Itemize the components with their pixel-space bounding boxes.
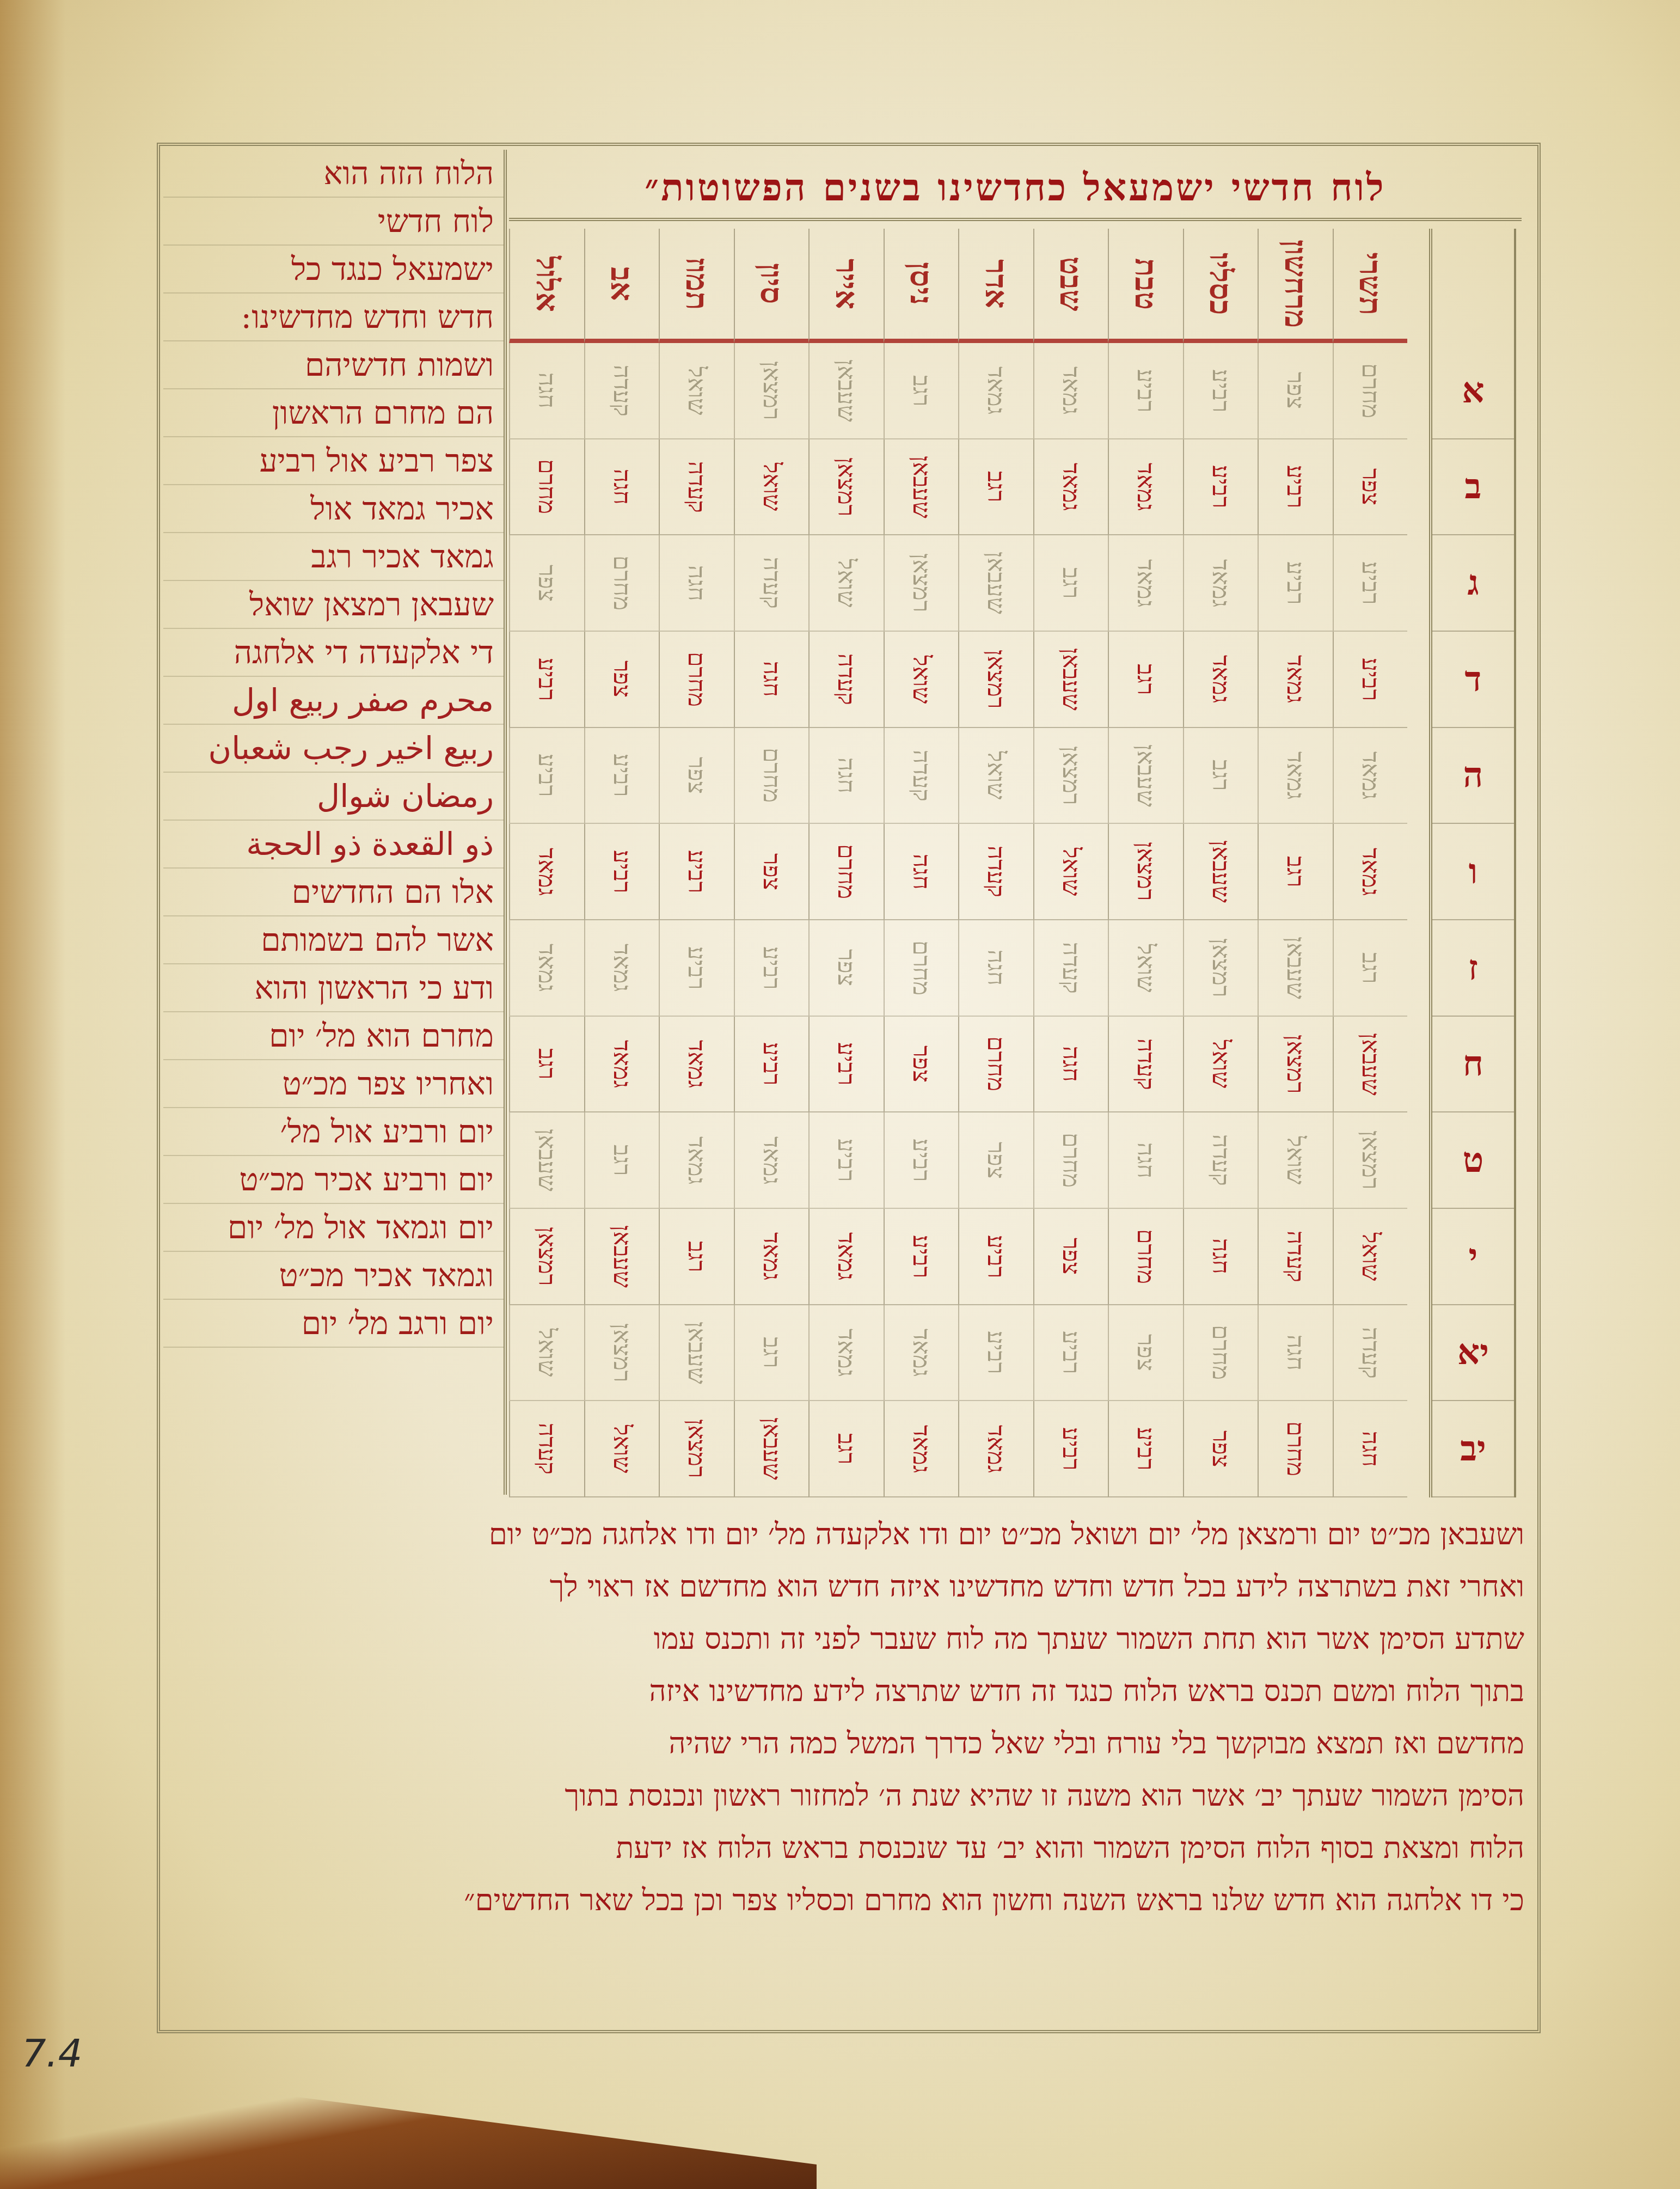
paragraph-line: שתדע הסימן אשר הוא תחת השמור שעתך מה לוח… <box>163 1613 1524 1665</box>
table-cell: גמאד <box>808 1305 884 1402</box>
table-cell: רביע <box>884 1112 959 1209</box>
table-cell: גמאד <box>1033 343 1108 439</box>
left-column-line: ذو القعدة ذو الحجة <box>163 821 504 869</box>
table-cell: קעדה <box>884 728 959 824</box>
table-cell: רביע <box>1258 535 1333 632</box>
table-cell: צפר <box>734 824 809 920</box>
row-number: א <box>1432 343 1514 439</box>
left-column-line: ישמעאל כנגד כל <box>163 246 504 294</box>
parchment-stain-left <box>0 0 65 2189</box>
table-cell: מחרם <box>1183 1305 1258 1402</box>
left-column-line: שעבאן רמצאן שואל <box>163 581 504 629</box>
table-cell: רגב <box>958 439 1033 536</box>
table-cell: קעדה <box>1033 920 1108 1017</box>
left-column-line: לוח חדשי <box>163 198 504 246</box>
left-column-line: יום ורגב מל׳ יום <box>163 1300 504 1348</box>
table-cell: גמאד <box>509 824 584 920</box>
table-cell: רביע <box>509 632 584 728</box>
table-cell: רמצאן <box>584 1305 659 1402</box>
table-cell: רביע <box>584 728 659 824</box>
column-header-month: טבת <box>1108 229 1183 343</box>
table-cell: קעדה <box>659 439 734 536</box>
table-cell: רביע <box>584 824 659 920</box>
table-cell: רביע <box>734 1017 809 1113</box>
left-column-line: ربيع اخير رجب شعبان <box>163 725 504 773</box>
table-cell: שואל <box>808 535 884 632</box>
table-cell: חגה <box>808 728 884 824</box>
table-cell: צפר <box>659 728 734 824</box>
column-header-month: אלול <box>509 229 584 343</box>
row-number-column: אבגדהוזחטייאיב <box>1429 229 1516 1497</box>
table-cell: קעדה <box>734 535 809 632</box>
left-column-line: ושמות חדשיהם <box>163 341 504 389</box>
left-column-line: מחרם הוא מל׳ יום <box>163 1012 504 1060</box>
table-cell: רמצאן <box>1183 920 1258 1017</box>
column-header-month: אדר <box>958 229 1033 343</box>
row-number: יב <box>1432 1401 1514 1497</box>
table-cell: חגה <box>1258 1305 1333 1402</box>
table-cell: שואל <box>958 728 1033 824</box>
table-cell: גמאד <box>808 1209 884 1305</box>
paragraph-line: כי דו אלחגה הוא חדש שלנו בראש השנה וחשון… <box>163 1874 1524 1927</box>
table-cell: שואל <box>1258 1112 1333 1209</box>
table-cell: רמצאן <box>958 632 1033 728</box>
row-number: ח <box>1432 1017 1514 1113</box>
table-cell: חגה <box>734 632 809 728</box>
explanatory-paragraph: ושעבאן מכ״ט יום ורמצאן מל׳ יום ושואל מכ״… <box>163 1508 1524 1927</box>
table-cell: רגב <box>584 1112 659 1209</box>
table-cell: גמאד <box>1258 632 1333 728</box>
table-cell: חגה <box>1333 1401 1408 1497</box>
table-cell: רביע <box>1183 343 1258 439</box>
table-cell: גמאד <box>1033 439 1108 536</box>
binding-edge <box>0 2026 817 2189</box>
table-cell: שואל <box>884 632 959 728</box>
left-column-line: יום וגמאד אול מל׳ יום <box>163 1204 504 1252</box>
table-cell: חגה <box>1033 1017 1108 1113</box>
table-cell: שואל <box>734 439 809 536</box>
table-cell: רגב <box>509 1017 584 1113</box>
row-number: ג <box>1432 535 1514 632</box>
table-cell: צפר <box>958 1112 1033 1209</box>
table-cell: קעדה <box>958 824 1033 920</box>
table-cell: קעדה <box>509 1401 584 1497</box>
table-cell: שואל <box>1183 1017 1258 1113</box>
left-column-line: محرم صفر ربيع اول <box>163 677 504 725</box>
row-number: י <box>1432 1209 1514 1305</box>
row-number: ט <box>1432 1112 1514 1209</box>
column-header-month: תשרי <box>1333 229 1408 343</box>
table-cell: חגה <box>584 439 659 536</box>
paragraph-line: בתוך הלוח ומשם תכנס בראש הלוח כנגד זה חד… <box>163 1665 1524 1717</box>
table-cell: גמאד <box>509 920 584 1017</box>
left-column-line: הלוח הזה הוא <box>163 150 504 198</box>
table-cell: שואל <box>1333 1209 1408 1305</box>
table-cell: רגב <box>659 1209 734 1305</box>
row-number-header-spacer <box>1432 229 1514 343</box>
table-cell: רביע <box>1183 439 1258 536</box>
table-cell: רמצאן <box>808 439 884 536</box>
left-column-line: חדש וחדש מחדשינו: <box>163 294 504 341</box>
table-cell: צפר <box>1033 1209 1108 1305</box>
table-cell: שעבאן <box>509 1112 584 1209</box>
table-cell: רמצאן <box>884 535 959 632</box>
table-cell: גמאד <box>1183 535 1258 632</box>
column-header-month: שבט <box>1033 229 1108 343</box>
table-cell: חגה <box>509 343 584 439</box>
table-cell: קעדה <box>1333 1305 1408 1402</box>
column-header-month: אייר <box>808 229 884 343</box>
table-cell: רגב <box>1108 632 1183 728</box>
left-text-column: הלוח הזה הואלוח חדשיישמעאל כנגד כלחדש וח… <box>163 150 507 1495</box>
column-header-month: אב <box>584 229 659 343</box>
table-cell: רגב <box>1258 824 1333 920</box>
table-cell: שעבאן <box>808 343 884 439</box>
table-cell: צפר <box>1258 343 1333 439</box>
paragraph-line: הלוח ומצאת בסוף הלוח הסימן השמור והוא יב… <box>163 1822 1524 1874</box>
table-cell: רביע <box>509 728 584 824</box>
table-cell: רביע <box>958 1305 1033 1402</box>
table-cell: צפר <box>1183 1401 1258 1497</box>
table-cell: קעדה <box>1183 1112 1258 1209</box>
table-cell: מחרם <box>1108 1209 1183 1305</box>
table-cell: גמאד <box>1183 632 1258 728</box>
column-header-month: תמוז <box>659 229 734 343</box>
table-cell: רביע <box>1033 1401 1108 1497</box>
table-cell: צפר <box>509 535 584 632</box>
table-cell: גמאד <box>1108 535 1183 632</box>
table-cell: רביע <box>884 1209 959 1305</box>
folio-number: 7.4 <box>22 2031 82 2076</box>
table-cell: רגב <box>808 1401 884 1497</box>
table-cell: צפר <box>808 920 884 1017</box>
table-cell: רמצאן <box>1033 728 1108 824</box>
table-cell: רמצאן <box>1108 824 1183 920</box>
table-cell: רביע <box>1108 343 1183 439</box>
table-cell: קעדה <box>584 343 659 439</box>
table-cell: רגב <box>1183 728 1258 824</box>
table-cell: חגה <box>659 535 734 632</box>
left-column-line: ודע כי הראשון והוא <box>163 964 504 1012</box>
paragraph-line: ואחרי זאת בשתרצה לידע בכל חדש וחדש מחדשי… <box>163 1561 1524 1613</box>
table-cell: גמאד <box>734 1112 809 1209</box>
table-cell: רביע <box>808 1017 884 1113</box>
table-cell: חגה <box>1108 1112 1183 1209</box>
table-cell: רביע <box>958 1209 1033 1305</box>
table-cell: צפר <box>1108 1305 1183 1402</box>
table-cell: שעבאן <box>958 535 1033 632</box>
table-cell: רביע <box>659 920 734 1017</box>
table-cell: גמאד <box>1258 728 1333 824</box>
paragraph-line: ושעבאן מכ״ט יום ורמצאן מל׳ יום ושואל מכ״… <box>163 1508 1524 1561</box>
row-number: ה <box>1432 728 1514 824</box>
left-column-line: וגמאד אכיר מכ״ט <box>163 1252 504 1300</box>
table-cell: שעבאן <box>1333 1017 1408 1113</box>
left-column-line: די אלקעדה די אלחגה <box>163 629 504 677</box>
table-cell: רביע <box>808 1112 884 1209</box>
table-cell: גמאד <box>1333 824 1408 920</box>
table-cell: גמאד <box>659 1112 734 1209</box>
table-cell: מחרם <box>808 824 884 920</box>
table-cell: רביע <box>734 920 809 1017</box>
month-correspondence-table: תשרימרחשוןכסליוטבתשבטאדרניסןאיירסיוןתמוז… <box>509 229 1407 1497</box>
table-cell: מחרם <box>509 439 584 536</box>
table-cell: רביע <box>1333 632 1408 728</box>
table-cell: שואל <box>1108 920 1183 1017</box>
table-cell: שעבאן <box>584 1209 659 1305</box>
table-cell: מחרם <box>1033 1112 1108 1209</box>
table-cell: מחרם <box>958 1017 1033 1113</box>
table-cell: גמאד <box>884 1401 959 1497</box>
table-cell: מחרם <box>1333 343 1408 439</box>
table-cell: רמצאן <box>1333 1112 1408 1209</box>
table-cell: רגב <box>734 1305 809 1402</box>
left-column-line: ואחריו צפר מכ״ט <box>163 1060 504 1108</box>
row-number: ד <box>1432 632 1514 728</box>
table-cell: מחרם <box>1258 1401 1333 1497</box>
column-header-month: סיון <box>734 229 809 343</box>
table-cell: שואל <box>659 343 734 439</box>
table-cell: גמאד <box>584 1017 659 1113</box>
table-cell: שעבאן <box>884 439 959 536</box>
left-column-line: יום ורביע אול מל׳ <box>163 1108 504 1156</box>
table-cell: שואל <box>1033 824 1108 920</box>
table-cell: מחרם <box>659 632 734 728</box>
table-cell: חגה <box>1183 1209 1258 1305</box>
table-cell: שואל <box>509 1305 584 1402</box>
table-cell: גמאד <box>734 1209 809 1305</box>
table-cell: קעדה <box>808 632 884 728</box>
table-cell: רביע <box>1258 439 1333 536</box>
table-cell: צפר <box>584 632 659 728</box>
left-column-line: גמאד אכיר רגב <box>163 533 504 581</box>
left-column-line: צפר רביע אול רביע <box>163 437 504 485</box>
table-cell: רביע <box>1033 1305 1108 1402</box>
row-number: ו <box>1432 824 1514 920</box>
row-number: ב <box>1432 439 1514 536</box>
column-header-month: ניסן <box>884 229 959 343</box>
table-cell: רגב <box>884 343 959 439</box>
table-cell: רביע <box>1333 535 1408 632</box>
left-column-line: אכיר גמאד אול <box>163 485 504 533</box>
table-title: לוח חדשי ישמעאל כחדשינו בשנים הפשוטות״ <box>509 158 1522 221</box>
column-header-month: כסליו <box>1183 229 1258 343</box>
table-cell: גמאד <box>584 920 659 1017</box>
table-cell: חגה <box>884 824 959 920</box>
table-cell: קעדה <box>1258 1209 1333 1305</box>
table-cell: גמאד <box>958 343 1033 439</box>
paragraph-line: הסימן השמור שעתך יב׳ אשר הוא משנה זו שהי… <box>163 1770 1524 1822</box>
table-cell: גמאד <box>659 1017 734 1113</box>
row-number: יא <box>1432 1305 1514 1402</box>
left-column-line: הם מחרם הראשון <box>163 389 504 437</box>
table-cell: מחרם <box>884 920 959 1017</box>
table-cell: גמאד <box>1108 439 1183 536</box>
table-cell: רגב <box>1033 535 1108 632</box>
column-header-month: מרחשון <box>1258 229 1333 343</box>
table-cell: רמצאן <box>659 1401 734 1497</box>
table-cell: רמצאן <box>1258 1017 1333 1113</box>
table-cell: שעבאן <box>1033 632 1108 728</box>
table-cell: רמצאן <box>734 343 809 439</box>
left-column-line: אלו הם החדשים <box>163 869 504 916</box>
table-cell: גמאד <box>1333 728 1408 824</box>
table-cell: רגב <box>1333 920 1408 1017</box>
table-cell: רמצאן <box>509 1209 584 1305</box>
table-cell: רביע <box>659 824 734 920</box>
table-cell: שעבאן <box>734 1401 809 1497</box>
table-cell: רביע <box>1108 1401 1183 1497</box>
table-cell: צפר <box>1333 439 1408 536</box>
table-cell: גמאד <box>884 1305 959 1402</box>
paragraph-line: מחדשם ואז תמצא מבוקשך בלי עורח ובלי שאל … <box>163 1717 1524 1770</box>
table-cell: קעדה <box>1108 1017 1183 1113</box>
table-cell: שעבאן <box>1108 728 1183 824</box>
table-cell: צפר <box>884 1017 959 1113</box>
table-cell: גמאד <box>958 1401 1033 1497</box>
table-cell: חגה <box>958 920 1033 1017</box>
left-column-line: رمضان شوال <box>163 773 504 821</box>
left-column-line: אשר להם בשמותם <box>163 916 504 964</box>
table-cell: שעבאן <box>659 1305 734 1402</box>
table-cell: מחרם <box>734 728 809 824</box>
left-column-line: יום ורביע אכיר מכ״ט <box>163 1156 504 1204</box>
table-cell: שואל <box>584 1401 659 1497</box>
table-cell: שעבאן <box>1258 920 1333 1017</box>
table-cell: שעבאן <box>1183 824 1258 920</box>
table-cell: מחרם <box>584 535 659 632</box>
row-number: ז <box>1432 920 1514 1017</box>
